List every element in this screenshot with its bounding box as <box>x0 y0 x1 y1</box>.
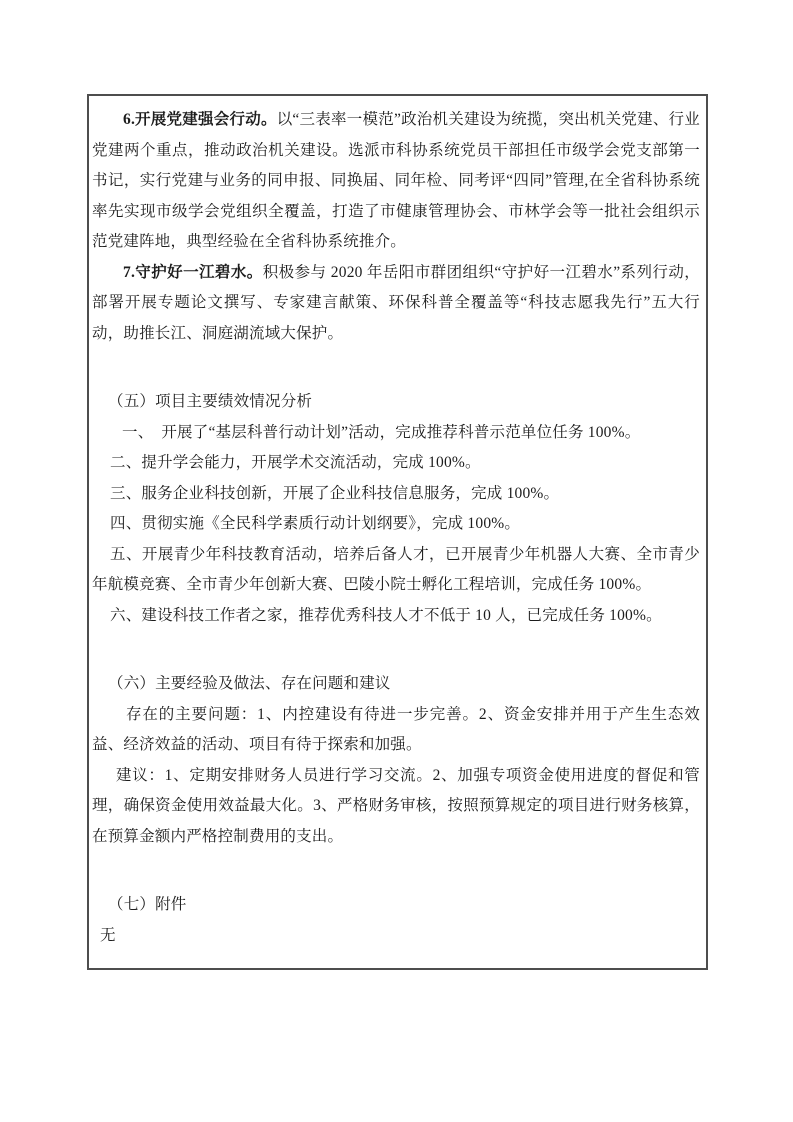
performance-item-6: 六、建设科技工作者之家，推荐优秀科技人才不低于 10 人，已完成任务 100%。 <box>92 601 700 632</box>
section-7-heading: （七）附件 <box>92 890 700 921</box>
performance-item-5: 五、开展青少年科技教育活动，培养后备人才，已开展青少年机器人大赛、全市青少年航模… <box>92 540 700 601</box>
section-5-heading: （五）项目主要绩效情况分析 <box>92 387 700 418</box>
performance-item-4: 四、贯彻实施《全民科学素质行动计划纲要》，完成 100%。 <box>92 509 700 540</box>
paragraph-main-problems: 存在的主要问题：1、内控建设有待进一步完善。2、资金安排并用于产生生态效益、经济… <box>92 700 700 761</box>
performance-item-3: 三、服务企业科技创新，开展了企业科技信息服务，完成 100%。 <box>92 479 700 510</box>
report-table-cell: 6.开展党建强会行动。以“三表率一模范”政治机关建设为统揽，突出机关党建、行业党… <box>87 94 708 970</box>
paragraph-6-body-text: 以“三表率一模范”政治机关建设为统揽，突出机关党建、行业党建两个重点，推动政治机… <box>92 111 700 250</box>
paragraph-6-bold-lead: 6.开展党建强会行动。 <box>123 111 277 128</box>
paragraph-party-building-action: 6.开展党建强会行动。以“三表率一模范”政治机关建设为统揽，突出机关党建、行业党… <box>92 105 700 258</box>
attachment-none-text: 无 <box>92 921 700 952</box>
paragraph-7-bold-lead: 7.守护好一江碧水。 <box>123 264 263 281</box>
performance-item-1: 一、 开展了“基层科普行动计划”活动，完成推荐科普示范单位任务 100%。 <box>92 418 700 449</box>
paragraph-river-protection-action: 7.守护好一江碧水。积极参与 2020 年岳阳市群团组织“守护好一江碧水”系列行… <box>92 258 700 350</box>
blank-line <box>92 631 700 669</box>
blank-line <box>92 349 700 387</box>
document-page: 6.开展党建强会行动。以“三表率一模范”政治机关建设为统揽，突出机关党建、行业党… <box>0 0 793 1122</box>
section-6-heading: （六）主要经验及做法、存在问题和建议 <box>92 669 700 700</box>
performance-item-2: 二、提升学会能力，开展学术交流活动，完成 100%。 <box>92 448 700 479</box>
paragraph-suggestions: 建议：1、定期安排财务人员进行学习交流。2、加强专项资金使用进度的督促和管理，确… <box>92 761 700 853</box>
blank-line <box>92 852 700 890</box>
